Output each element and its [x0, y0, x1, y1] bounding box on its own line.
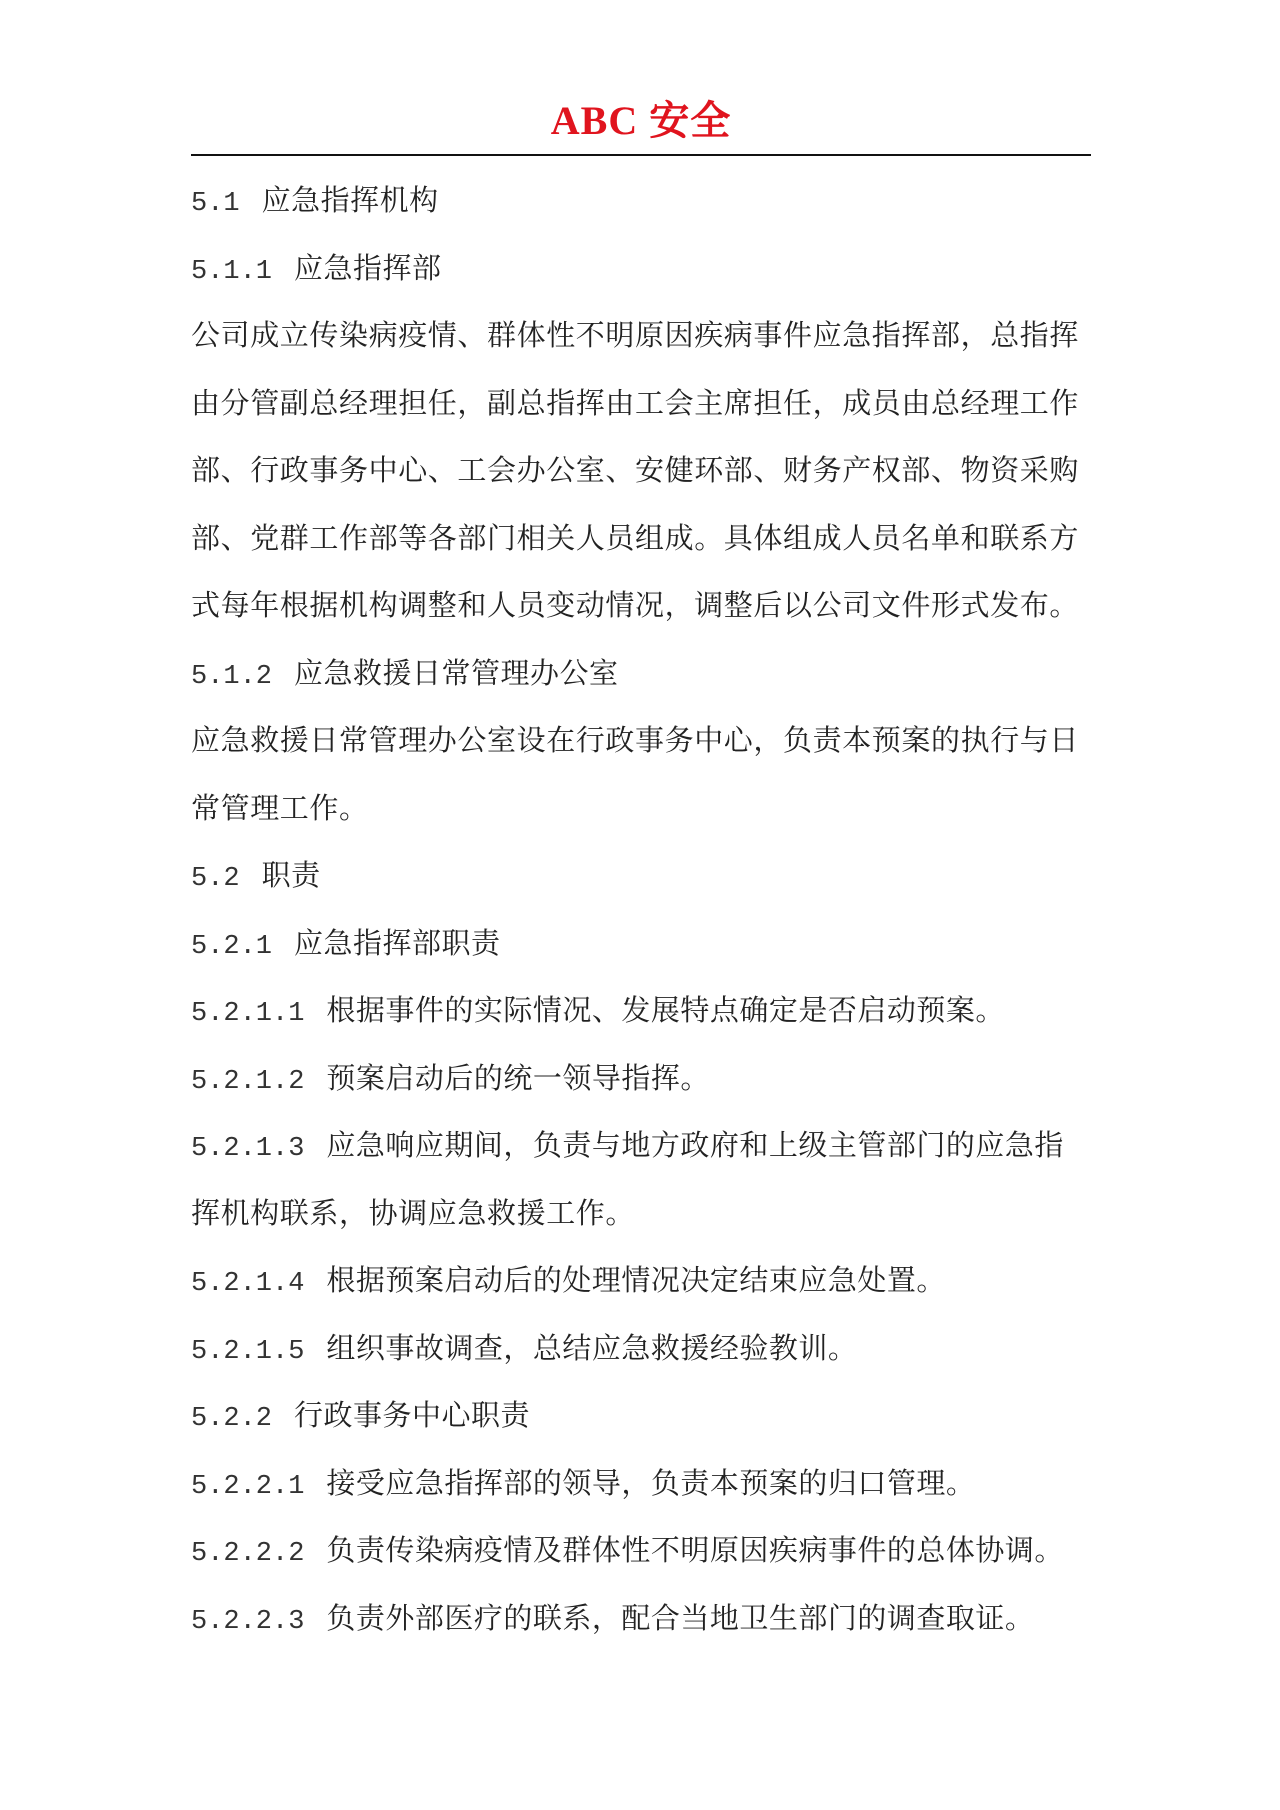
item-text-continuation: 挥机构联系，协调应急救援工作。: [191, 1180, 1091, 1248]
item-number: 5.2.1.3: [191, 1116, 304, 1184]
section-number: 5.2.2: [191, 1386, 272, 1454]
item-number: 5.2.1.5: [191, 1319, 304, 1387]
section-number: 5.2: [191, 846, 240, 914]
paragraph-line: 由分管副总经理担任，副总指挥由工会主席担任，成员由总经理工作: [191, 370, 1091, 438]
list-item-5-2-2-3: 5.2.2.3负责外部医疗的联系，配合当地卫生部门的调查取证。: [191, 1585, 1091, 1653]
item-number: 5.2.2.1: [191, 1454, 304, 1522]
paragraph-line: 式每年根据机构调整和人员变动情况，调整后以公司文件形式发布。: [191, 572, 1091, 640]
paragraph-line: 公司成立传染病疫情、群体性不明原因疾病事件应急指挥部，总指挥: [191, 302, 1091, 370]
section-title: 应急救援日常管理办公室: [294, 656, 619, 690]
list-item-5-2-1-5: 5.2.1.5组织事故调查，总结应急救援经验教训。: [191, 1315, 1091, 1383]
section-number: 5.1: [191, 171, 240, 239]
document-title: ABC 安全: [551, 98, 731, 143]
list-item-5-2-2-1: 5.2.2.1接受应急指挥部的领导，负责本预案的归口管理。: [191, 1450, 1091, 1518]
section-heading-5-2: 5.2职责: [191, 842, 1091, 910]
list-item-5-2-1-1: 5.2.1.1根据事件的实际情况、发展特点确定是否启动预案。: [191, 977, 1091, 1045]
list-item-5-2-1-2: 5.2.1.2预案启动后的统一领导指挥。: [191, 1045, 1091, 1113]
section-number: 5.1.2: [191, 644, 272, 712]
section-heading-5-2-1: 5.2.1应急指挥部职责: [191, 910, 1091, 978]
item-text: 根据事件的实际情况、发展特点确定是否启动预案。: [326, 993, 1005, 1027]
section-heading-5-1: 5.1应急指挥机构: [191, 167, 1091, 235]
item-number: 5.2.1.1: [191, 981, 304, 1049]
paragraph-line: 部、行政事务中心、工会办公室、安健环部、财务产权部、物资采购: [191, 437, 1091, 505]
paragraph-line: 应急救援日常管理办公室设在行政事务中心，负责本预案的执行与日: [191, 707, 1091, 775]
paragraph-line: 部、党群工作部等各部门相关人员组成。具体组成人员名单和联系方: [191, 505, 1091, 573]
item-text: 组织事故调查，总结应急救援经验教训。: [326, 1331, 857, 1365]
section-heading-5-1-1: 5.1.1应急指挥部: [191, 235, 1091, 303]
item-text: 根据预案启动后的处理情况决定结束应急处置。: [326, 1263, 946, 1297]
section-title: 应急指挥部职责: [294, 926, 501, 960]
item-text: 应急响应期间，负责与地方政府和上级主管部门的应急指: [326, 1128, 1064, 1162]
item-text: 负责传染病疫情及群体性不明原因疾病事件的总体协调。: [326, 1533, 1064, 1567]
list-item-5-2-2-2: 5.2.2.2负责传染病疫情及群体性不明原因疾病事件的总体协调。: [191, 1517, 1091, 1585]
section-title: 职责: [262, 858, 321, 892]
section-title: 应急指挥机构: [262, 183, 439, 217]
item-number: 5.2.2.2: [191, 1521, 304, 1589]
header-divider: [191, 154, 1091, 156]
item-text: 负责外部医疗的联系，配合当地卫生部门的调查取证。: [326, 1601, 1034, 1635]
list-item-5-2-1-3: 5.2.1.3应急响应期间，负责与地方政府和上级主管部门的应急指 挥机构联系，协…: [191, 1112, 1091, 1247]
item-text: 接受应急指挥部的领导，负责本预案的归口管理。: [326, 1466, 975, 1500]
paragraph-daily-office: 应急救援日常管理办公室设在行政事务中心，负责本预案的执行与日 常管理工作。: [191, 707, 1091, 842]
document-body: 5.1应急指挥机构 5.1.1应急指挥部 公司成立传染病疫情、群体性不明原因疾病…: [191, 167, 1091, 1652]
paragraph-command-structure: 公司成立传染病疫情、群体性不明原因疾病事件应急指挥部，总指挥 由分管副总经理担任…: [191, 302, 1091, 640]
document-header: ABC 安全: [191, 96, 1091, 146]
section-number: 5.1.1: [191, 239, 272, 307]
section-number: 5.2.1: [191, 914, 272, 982]
item-number: 5.2.1.2: [191, 1049, 304, 1117]
section-title: 应急指挥部: [294, 251, 442, 285]
section-heading-5-1-2: 5.1.2应急救援日常管理办公室: [191, 640, 1091, 708]
item-text: 预案启动后的统一领导指挥。: [326, 1061, 710, 1095]
item-number: 5.2.2.3: [191, 1589, 304, 1657]
section-title: 行政事务中心职责: [294, 1398, 530, 1432]
paragraph-line: 常管理工作。: [191, 775, 1091, 843]
item-number: 5.2.1.4: [191, 1251, 304, 1319]
section-heading-5-2-2: 5.2.2行政事务中心职责: [191, 1382, 1091, 1450]
list-item-5-2-1-4: 5.2.1.4根据预案启动后的处理情况决定结束应急处置。: [191, 1247, 1091, 1315]
